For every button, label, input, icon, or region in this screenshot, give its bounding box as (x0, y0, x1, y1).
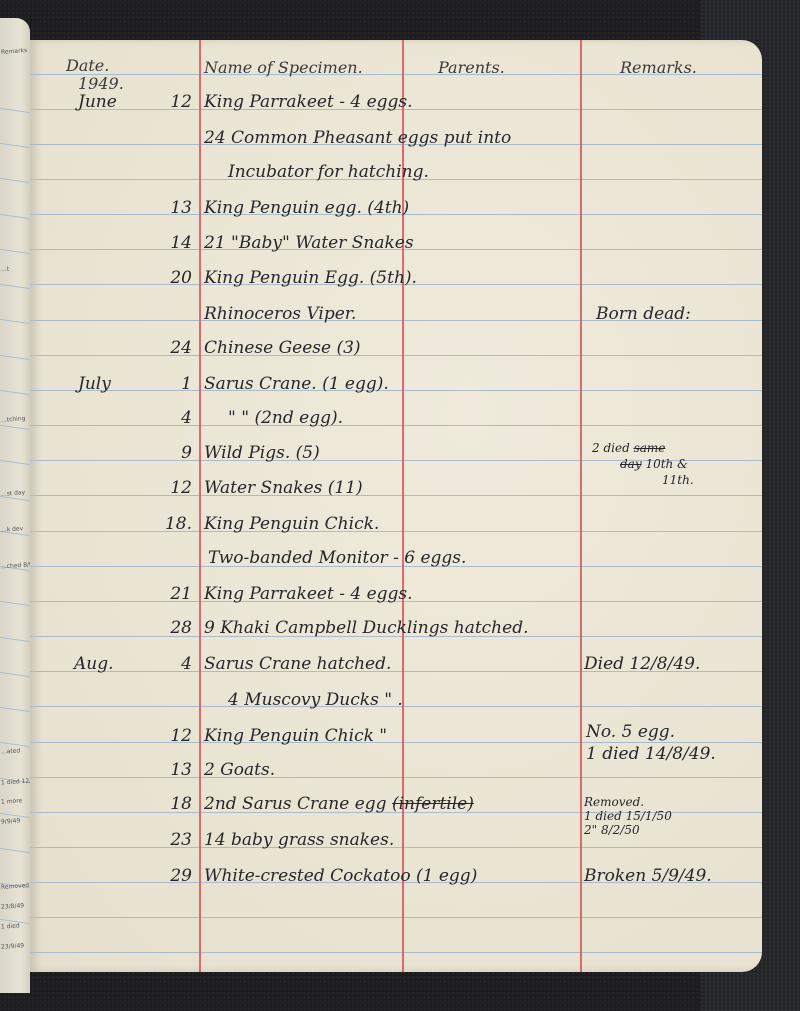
remarks-entry: 11th. (662, 474, 694, 486)
prev-page-note: ...ated (1, 747, 21, 755)
specimen-entry: Water Snakes (11) (204, 480, 363, 497)
remarks-entry: Removed. (584, 796, 644, 808)
day-label: 4 (152, 656, 192, 673)
prev-page-note: ...k dev (1, 525, 24, 534)
remarks-entry: 2" 8/2/50 (584, 824, 640, 836)
specimen-entry: 21 "Baby" Water Snakes (204, 235, 414, 252)
specimen-entry: King Penguin Chick " (204, 728, 387, 745)
year-label: 1949. (78, 76, 124, 92)
day-label: 9 (152, 445, 192, 462)
specimen-entry: 9 Khaki Campbell Ducklings hatched. (204, 620, 528, 637)
specimen-entry: King Parrakeet - 4 eggs. (204, 586, 413, 603)
remarks-entry: 1 died 14/8/49. (586, 746, 716, 763)
date-column-divider (199, 40, 201, 972)
specimen-entry: Rhinoceros Viper. (204, 306, 356, 323)
specimen-entry: Two-banded Monitor - 6 eggs. (208, 550, 466, 567)
prev-page-note: 1 more (1, 797, 23, 805)
day-label: 1 (152, 376, 192, 393)
remarks-entry: 2 died same (592, 442, 665, 454)
prev-page-note: ...t (1, 266, 10, 274)
remarks-entry: Broken 5/9/49. (584, 868, 712, 885)
day-label: 20 (152, 270, 192, 287)
day-label: 13 (152, 200, 192, 217)
specimen-entry: King Penguin Chick. (204, 516, 379, 533)
day-label: 12 (152, 480, 192, 497)
day-label: 24 (152, 340, 192, 357)
remarks-column-divider (580, 40, 582, 972)
specimen-entry: Sarus Crane. (1 egg). (204, 376, 389, 393)
remarks-entry: day 10th & (620, 458, 688, 470)
specimen-entry: 24 Common Pheasant eggs put into (204, 130, 511, 147)
prev-page-note: 23/8/49 (1, 902, 25, 911)
day-label: 21 (152, 586, 192, 603)
remarks-entry: 1 died 15/1/50 (584, 810, 672, 822)
prev-page-note: ...tching (1, 415, 26, 424)
month-label: July (78, 376, 111, 393)
struck-text: day (620, 457, 642, 471)
day-label: 18 (152, 796, 192, 813)
struck-text: same (634, 441, 666, 455)
specimen-entry: Wild Pigs. (5) (204, 445, 320, 462)
month-label: Aug. (74, 656, 114, 673)
column-header-specimen: Name of Specimen. (204, 60, 363, 76)
specimen-entry: " " (2nd egg). (228, 410, 343, 427)
specimen-entry: 14 baby grass snakes. (204, 832, 394, 849)
remarks-entry: Died 12/8/49. (584, 656, 700, 673)
day-label: 4 (152, 410, 192, 427)
column-header-date: Date. (66, 58, 109, 74)
specimen-entry: Chinese Geese (3) (204, 340, 361, 357)
specimen-entry: King Penguin Egg. (5th). (204, 270, 417, 287)
day-label: 18. (152, 516, 192, 533)
day-label: 23 (152, 832, 192, 849)
column-header-remarks: Remarks. (620, 60, 697, 76)
remarks-entry: No. 5 egg. (586, 724, 675, 741)
prev-page-note: Removed (1, 882, 30, 891)
day-label: 13 (152, 762, 192, 779)
struck-text: (infertile) (392, 794, 474, 814)
specimen-entry: King Parrakeet - 4 eggs. (204, 94, 413, 111)
month-label: June (78, 94, 117, 111)
specimen-entry: White-crested Cockatoo (1 egg) (204, 868, 477, 885)
column-header-parents: Parents. (438, 60, 505, 76)
day-label: 28 (152, 620, 192, 637)
prev-page-note: 9/9/49 (1, 817, 21, 825)
specimen-entry: Sarus Crane hatched. (204, 656, 391, 673)
day-label: 12 (152, 94, 192, 111)
specimen-entry: King Penguin egg. (4th) (204, 200, 409, 217)
specimen-entry: 4 Muscovy Ducks " . (228, 692, 403, 709)
specimen-entry: 2nd Sarus Crane egg (infertile) (204, 796, 474, 813)
day-label: 14 (152, 235, 192, 252)
prev-page-header: Remarks (1, 47, 28, 56)
previous-page-edge: Remarks ...t ...tching ...st day ...k de… (0, 18, 30, 993)
specimen-entry: 2 Goats. (204, 762, 275, 779)
prev-page-note: 23/9/49 (1, 942, 25, 951)
specimen-entry: Incubator for hatching. (228, 164, 429, 181)
prev-page-note: ...st day (1, 489, 26, 498)
remarks-entry: Born dead: (596, 306, 691, 323)
ledger-page: Date. 1949. Name of Specimen. Parents. R… (30, 40, 762, 972)
prev-page-note: 1 died (1, 922, 20, 930)
day-label: 29 (152, 868, 192, 885)
day-label: 12 (152, 728, 192, 745)
